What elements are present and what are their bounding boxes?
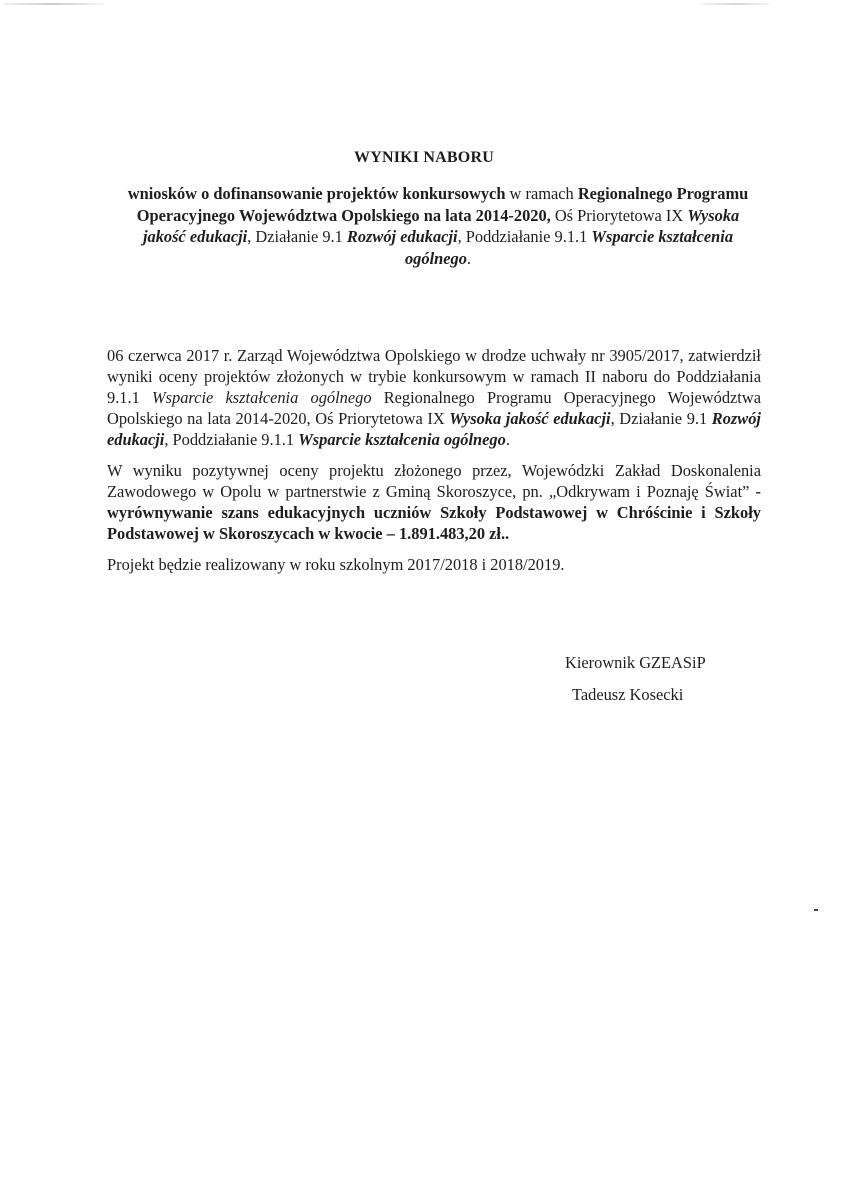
paragraph-resolution: 06 czerwca 2017 r. Zarząd Województwa Op… — [107, 345, 761, 450]
paragraph-text: W wyniku pozytywnej oceny projektu złożo… — [107, 461, 761, 501]
subtitle-text: . — [467, 249, 471, 268]
document-subtitle: wniosków o dofinansowanie projektów konk… — [120, 183, 756, 269]
paragraph-project-result: W wyniku pozytywnej oceny projektu złożo… — [107, 460, 761, 544]
subtitle-bold-italic-text: Rozwój edukacji — [347, 227, 458, 246]
subtitle-text: , Działanie 9.1 — [247, 227, 347, 246]
paragraph-italic-text: Wsparcie kształcenia ogólnego — [152, 388, 372, 407]
paragraph-text: , Działanie 9.1 — [611, 409, 712, 428]
signature-name: Tadeusz Kosecki — [572, 685, 683, 705]
paragraph-bold-italic-text: Wysoka jakość edukacji — [449, 409, 610, 428]
paragraph-text: , Poddziałanie 9.1.1 — [164, 430, 298, 449]
subtitle-bold-text: wniosków o dofinansowanie projektów konk… — [128, 184, 506, 203]
paragraph-implementation-period: Projekt będzie realizowany w roku szkoln… — [107, 554, 761, 575]
scan-artifact — [4, 3, 104, 5]
scan-artifact — [814, 909, 818, 911]
signature-role: Kierownik GZEASiP — [565, 653, 706, 673]
subtitle-text: Oś Priorytetowa IX — [551, 206, 688, 225]
scan-artifact — [700, 3, 770, 5]
paragraph-text: . — [506, 430, 510, 449]
subtitle-text: , Poddziałanie 9.1.1 — [458, 227, 592, 246]
paragraph-bold-italic-text: Wsparcie kształcenia ogólnego — [298, 430, 506, 449]
document-title: WYNIKI NABORU — [0, 149, 848, 167]
subtitle-text: w ramach — [505, 184, 577, 203]
